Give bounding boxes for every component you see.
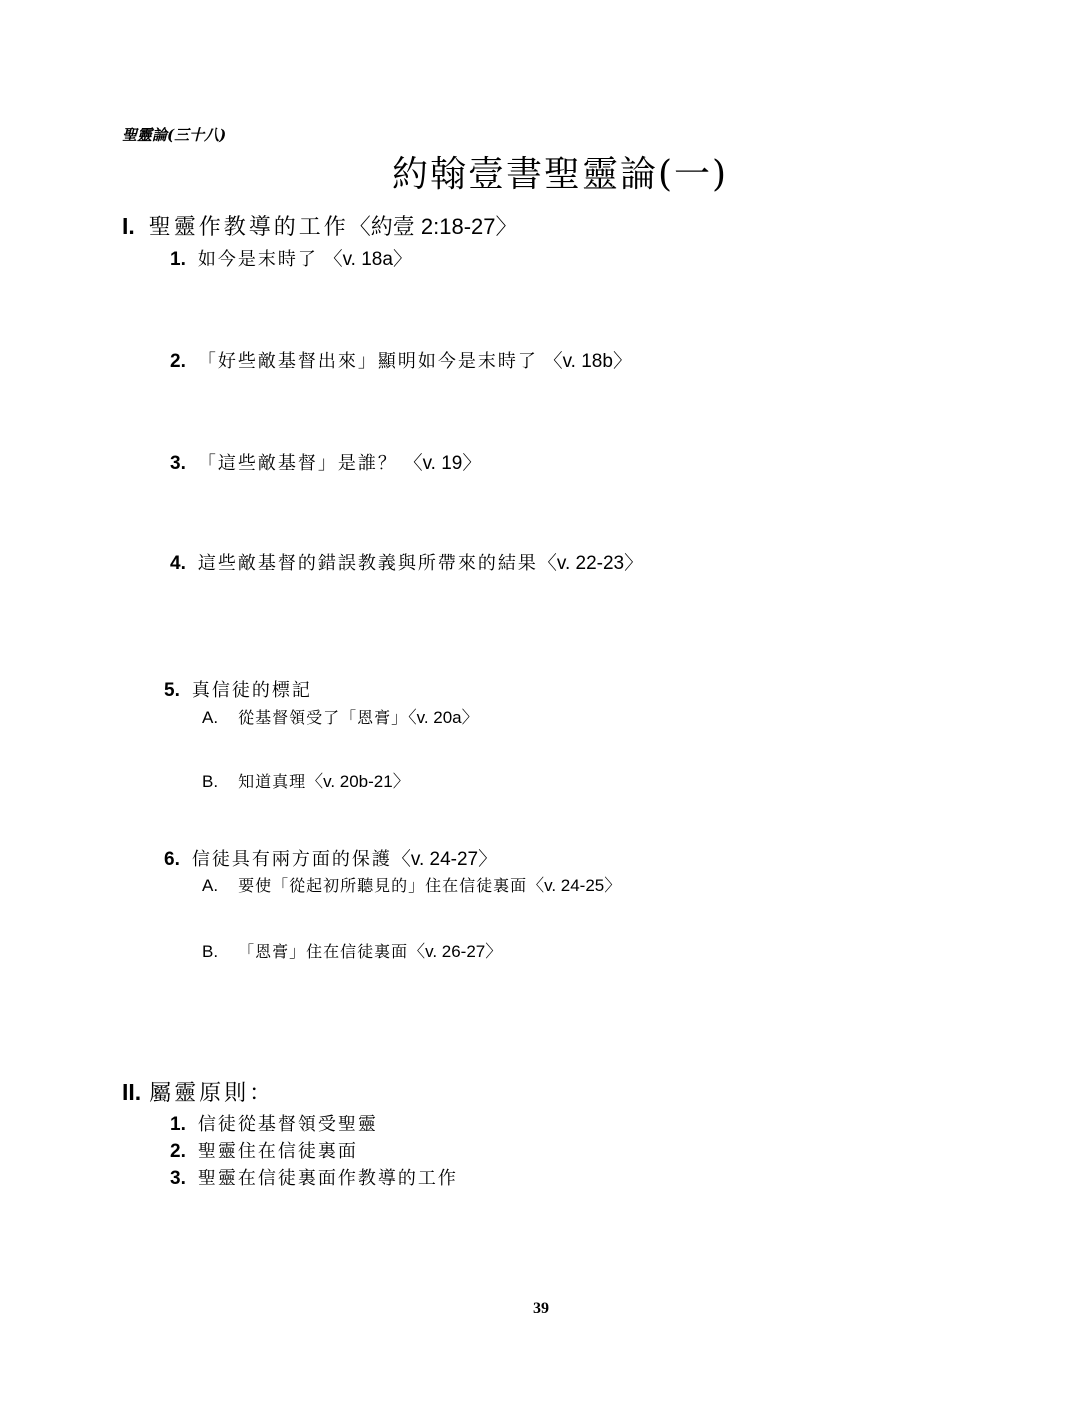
- principle-item: 2.聖靈住在信徒裏面: [170, 1137, 358, 1163]
- item-number: 3.: [170, 453, 186, 474]
- outline-subitem: A.要使「從起初所聽見的」住在信徒裏面〈v. 24-25〉: [202, 871, 621, 896]
- item-number: 2.: [170, 1141, 186, 1162]
- outline-item: 5.真信徒的標記: [164, 676, 312, 702]
- scripture-reference: 〈v. 18a〉: [324, 249, 412, 270]
- scripture-reference: 〈約壹 2:18-27〉: [349, 214, 518, 239]
- item-text: 這些敵基督的錯誤教義與所帶來的結果: [198, 553, 538, 574]
- item-number: 4.: [170, 553, 186, 574]
- page-number: 39: [533, 1300, 549, 1318]
- section-heading-2: II.屬靈原則：: [122, 1076, 274, 1107]
- scripture-reference: 〈v. 19〉: [404, 453, 482, 474]
- item-number: 1.: [170, 249, 186, 270]
- outline-subitem: A.從基督領受了「恩膏」〈v. 20a〉: [202, 703, 479, 728]
- item-text: 真信徒的標記: [192, 680, 312, 701]
- subitem-letter: A.: [202, 708, 218, 727]
- item-text: 信徒具有兩方面的保護: [192, 849, 392, 870]
- series-label: 聖靈論(三十八): [122, 124, 226, 145]
- scripture-reference: 〈v. 24-27〉: [392, 849, 497, 870]
- item-number: 6.: [164, 849, 180, 870]
- subitem-text: 從基督領受了「恩膏」: [238, 708, 408, 727]
- section-number: I.: [122, 213, 135, 239]
- outline-item: 3.「這些敵基督」是誰？ 〈v. 19〉: [170, 448, 481, 475]
- section-title: 聖靈作教導的工作: [149, 215, 349, 240]
- subitem-letter: B.: [202, 942, 218, 961]
- outline-subitem: B.知道真理〈v. 20b-21〉: [202, 767, 410, 792]
- item-number: 3.: [170, 1168, 186, 1189]
- outline-item: 1.如今是末時了 〈v. 18a〉: [170, 244, 412, 271]
- section-heading-1: I.聖靈作教導的工作〈約壹 2:18-27〉: [122, 210, 518, 241]
- principle-item: 3.聖靈在信徒裏面作教導的工作: [170, 1164, 458, 1190]
- item-number: 5.: [164, 680, 180, 701]
- scripture-reference: 〈v. 22-23〉: [538, 553, 643, 574]
- item-text: 如今是末時了: [198, 249, 318, 270]
- item-number: 1.: [170, 1114, 186, 1135]
- item-text: 聖靈在信徒裏面作教導的工作: [198, 1168, 458, 1189]
- scripture-reference: 〈v. 24-25〉: [527, 876, 621, 895]
- outline-item: 4.這些敵基督的錯誤教義與所帶來的結果〈v. 22-23〉: [170, 548, 643, 575]
- scripture-reference: 〈v. 20b-21〉: [306, 772, 410, 791]
- outline-item: 6.信徒具有兩方面的保護〈v. 24-27〉: [164, 844, 497, 871]
- item-number: 2.: [170, 351, 186, 372]
- principle-item: 1.信徒從基督領受聖靈: [170, 1110, 378, 1136]
- subitem-letter: A.: [202, 876, 218, 895]
- outline-subitem: B.「恩膏」住在信徒裏面〈v. 26-27〉: [202, 937, 502, 962]
- page-title: 約翰壹書聖靈論(一): [392, 146, 728, 197]
- outline-item: 2.「好些敵基督出來」顯明如今是末時了 〈v. 18b〉: [170, 346, 632, 373]
- scripture-reference: 〈v. 26-27〉: [408, 942, 502, 961]
- subitem-text: 知道真理: [238, 772, 306, 791]
- item-text: 「好些敵基督出來」顯明如今是末時了: [198, 351, 538, 372]
- scripture-reference: 〈v. 20a〉: [408, 708, 479, 727]
- item-text: 「這些敵基督」是誰？: [198, 453, 398, 474]
- item-text: 聖靈住在信徒裏面: [198, 1141, 358, 1162]
- subitem-letter: B.: [202, 772, 218, 791]
- item-text: 信徒從基督領受聖靈: [198, 1114, 378, 1135]
- section-number: II.: [122, 1079, 141, 1105]
- subitem-text: 「恩膏」住在信徒裏面: [238, 942, 408, 961]
- section-title: 屬靈原則：: [149, 1081, 274, 1106]
- subitem-text: 要使「從起初所聽見的」住在信徒裏面: [238, 876, 527, 895]
- scripture-reference: 〈v. 18b〉: [544, 351, 632, 372]
